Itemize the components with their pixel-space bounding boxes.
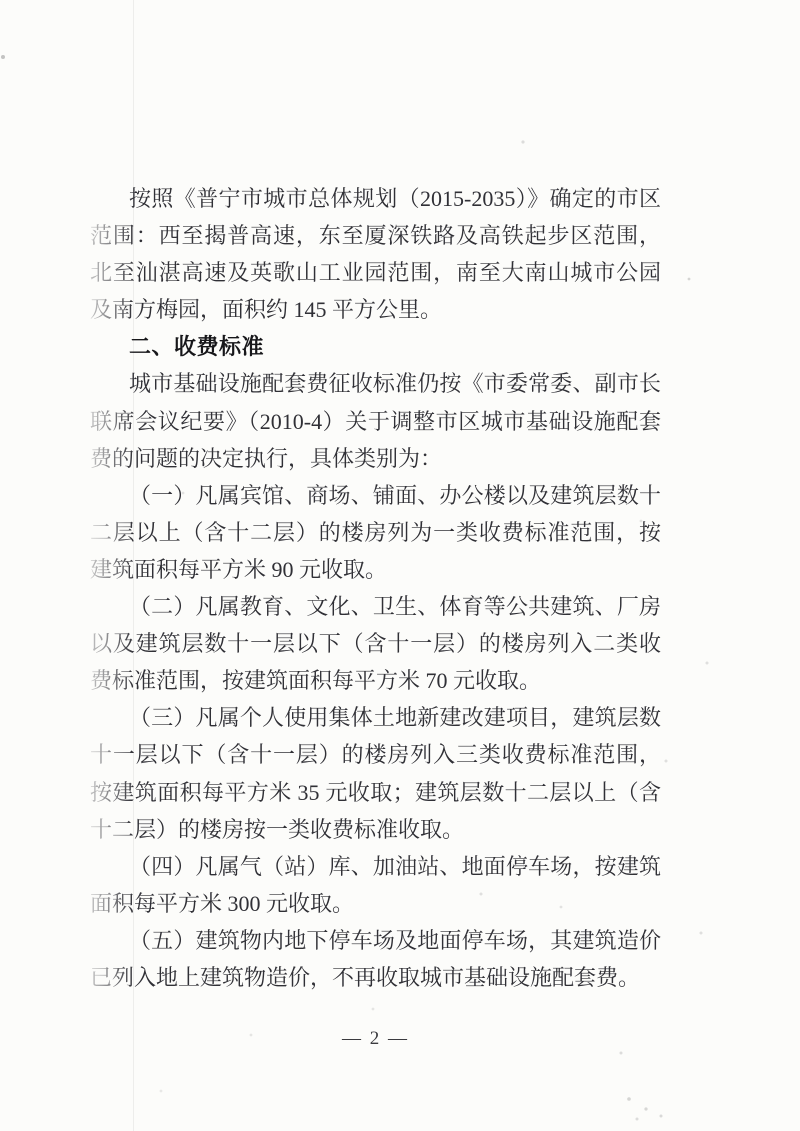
section-heading-fee-standard: 二、收费标准 xyxy=(90,328,661,365)
paragraph-item-4-stations: （四）凡属气（站）库、加油站、地面停车场，按建筑面积每平方米 300 元收取。 xyxy=(90,848,661,922)
paragraph-item-3-class-three: （三）凡属个人使用集体土地新建改建项目，建筑层数十一层以下（含十一层）的楼房列入… xyxy=(90,699,661,847)
page-number: — 2 — xyxy=(90,1028,661,1050)
paragraph-planning-scope: 按照《普宁市城市总体规划（2015-2035）》确定的市区范围：西至揭普高速，东… xyxy=(90,180,661,328)
paragraph-item-1-class-one: （一）凡属宾馆、商场、铺面、办公楼以及建筑层数十二层以上（含十二层）的楼房列为一… xyxy=(90,477,661,588)
scan-noise-specks xyxy=(0,0,2,2)
paragraph-fee-basis: 城市基础设施配套费征收标准仍按《市委常委、副市长联席会议纪要》（2010-4）关… xyxy=(90,365,661,476)
scanned-document-page: 按照《普宁市城市总体规划（2015-2035）》确定的市区范围：西至揭普高速，东… xyxy=(0,0,800,1131)
paragraph-item-2-class-two: （二）凡属教育、文化、卫生、体育等公共建筑、厂房以及建筑层数十一层以下（含十一层… xyxy=(90,588,661,699)
document-body: 按照《普宁市城市总体规划（2015-2035）》确定的市区范围：西至揭普高速，东… xyxy=(90,0,661,996)
paragraph-item-5-parking: （五）建筑物内地下停车场及地面停车场，其建筑造价已列入地上建筑物造价，不再收取城… xyxy=(90,922,661,996)
